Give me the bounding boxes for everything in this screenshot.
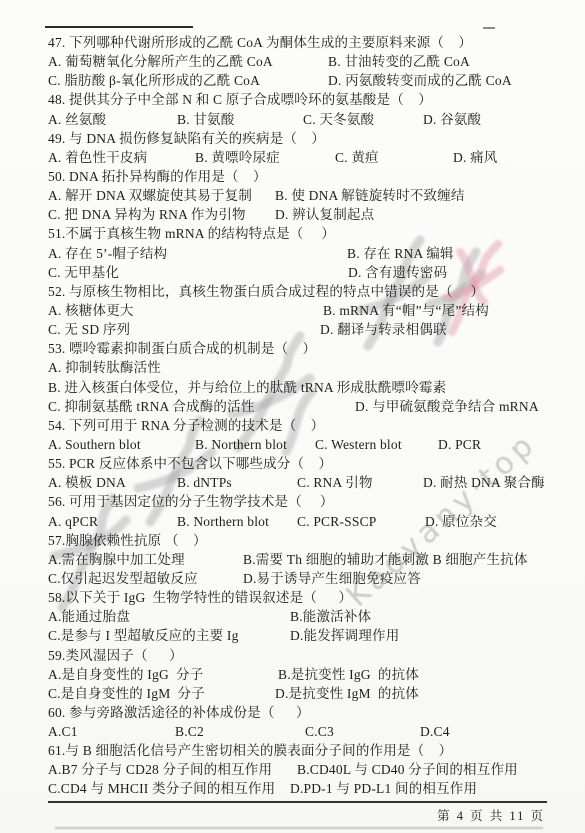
q58-option-b: B.能激活补体 <box>290 607 371 626</box>
q56-line: A. qPCRB. Northern blotC. PCR-SSCPD. 原位杂… <box>48 512 560 531</box>
q52-line: 52. 与原核生物相比，真核生物蛋白质合成过程的特点中错误的是（ ） <box>48 282 560 301</box>
q49-line: A. 着色性干皮病B. 黄嘌呤尿症C. 黄疸D. 痛风 <box>48 148 560 167</box>
q56-option-d: D. 原位杂交 <box>425 512 497 531</box>
q58-line: 58.以下关于 IgG 生物学特性的错误叙述是（ ） <box>48 588 560 607</box>
q53-option-b: B. 进入核蛋白体受位，并与给位上的肽酰 tRNA 形成肽酰嘌呤霉素 <box>48 378 446 397</box>
q57-option-c: C.仅引起迟发型超敏反应 <box>48 569 198 588</box>
q56-option-b: B. Northern blot <box>177 512 269 531</box>
page-bottom-scan-shadow <box>55 827 543 829</box>
q61-line: 61.与 B 细胞活化信号产生密切相关的膜表面分子间的作用是（ ） <box>48 741 560 760</box>
q55-option-a: A. 模板 DNA <box>48 473 126 492</box>
q49-stem: 49. 与 DNA 损伤修复缺陷有关的疾病是（ ） <box>48 129 325 148</box>
q49-option-b: B. 黄嘌呤尿症 <box>195 148 280 167</box>
q53-line: A. 抑制转肽酶活性 <box>48 358 560 377</box>
question-list: 47. 下列哪种代谢所形成的乙酰 CoA 为酮体生成的主要原料来源（ ）A. 葡… <box>48 33 560 799</box>
q58-option-a: A.能通过胎盘 <box>48 607 130 626</box>
q59-option-c: C.是自身变性的 IgM 分子 <box>48 684 205 703</box>
q60-option-a: A.C1 <box>48 722 78 741</box>
q51-option-d: D. 含有遗传密码 <box>348 263 447 282</box>
q54-option-a: A. Southern blot <box>48 435 141 454</box>
q52-stem: 52. 与原核生物相比，真核生物蛋白质合成过程的特点中错误的是（ ） <box>48 282 484 301</box>
q50-line: A. 解开 DNA 双螺旋使其易于复制B. 使 DNA 解链旋转时不致缠结 <box>48 186 560 205</box>
q61-option-a: A.B7 分子与 CD28 分子间的相互作用 <box>48 760 272 779</box>
q47-option-d: D. 丙氨酸转变而成的乙酰 CoA <box>328 71 512 90</box>
q50-option-d: D. 辨认复制起点 <box>275 205 374 224</box>
q51-line: A. 存在 5’-帽子结构B. 存在 RNA 编辑 <box>48 244 560 263</box>
q50-line: C. 把 DNA 异构为 RNA 作为引物D. 辨认复制起点 <box>48 205 560 224</box>
q48-option-c: C. 天冬氨酸 <box>303 110 374 129</box>
q47-option-a: A. 葡萄糖氧化分解所产生的乙酰 CoA <box>48 52 273 71</box>
q50-option-b: B. 使 DNA 解链旋转时不致缠结 <box>275 186 465 205</box>
q60-line: A.C1B.C2C.C3D.C4 <box>48 722 560 741</box>
q58-line: A.能通过胎盘B.能激活补体 <box>48 607 560 626</box>
q54-line: 54. 下列可用于 RNA 分子检测的技术是（ ） <box>48 416 560 435</box>
q54-stem: 54. 下列可用于 RNA 分子检测的技术是（ ） <box>48 416 324 435</box>
q60-stem: 60. 参与旁路激活途径的补体成份是（ ） <box>48 703 310 722</box>
q52-option-b: B. mRNA 有“帽”与“尾”结构 <box>323 301 489 320</box>
q47-option-c: C. 脂肪酸 β-氧化所形成的乙酰 CoA <box>48 71 260 90</box>
q53-line: 53. 嘌呤霉素抑制蛋白质合成的机制是（ ） <box>48 339 560 358</box>
footer-rule <box>48 801 547 803</box>
q48-option-b: B. 甘氨酸 <box>177 110 234 129</box>
q59-option-d: D.是抗变性 IgM 的抗体 <box>275 684 419 703</box>
q53-line: C. 抑制氨基酰 tRNA 合成酶的活性D. 与甲硫氨酸竞争结合 mRNA <box>48 397 560 416</box>
q51-line: C. 无甲基化D. 含有遗传密码 <box>48 263 560 282</box>
q50-option-a: A. 解开 DNA 双螺旋使其易于复制 <box>48 186 252 205</box>
q59-line: A.是自身变性的 IgG 分子B.是抗变性 IgG 的抗体 <box>48 665 560 684</box>
q61-option-c: C.CD4 与 MHCII 类分子间的相互作用 <box>48 779 275 798</box>
q47-option-b: B. 甘油转变的乙酰 CoA <box>328 52 470 71</box>
q58-line: C.是参与 I 型超敏反应的主要 IgD.能发挥调理作用 <box>48 626 560 645</box>
q61-option-d: D.PD-1 与 PD-L1 间的相互作用 <box>290 779 477 798</box>
q56-stem: 56. 可用于基因定位的分子生物学技术是（ ） <box>48 492 334 511</box>
q58-stem: 58.以下关于 IgG 生物学特性的错误叙述是（ ） <box>48 588 352 607</box>
q55-option-b: B. dNTPs <box>177 473 232 492</box>
q49-option-c: C. 黄疸 <box>335 148 379 167</box>
q47-line: C. 脂肪酸 β-氧化所形成的乙酰 CoAD. 丙氨酸转变而成的乙酰 CoA <box>48 71 560 90</box>
q52-option-d: D. 翻译与转录相偶联 <box>320 320 447 339</box>
q59-stem: 59.类风湿因子（ ） <box>48 646 183 665</box>
q50-option-c: C. 把 DNA 异构为 RNA 作为引物 <box>48 205 246 224</box>
q47-line: 47. 下列哪种代谢所形成的乙酰 CoA 为酮体生成的主要原料来源（ ） <box>48 33 560 52</box>
q47-line: A. 葡萄糖氧化分解所产生的乙酰 CoAB. 甘油转变的乙酰 CoA <box>48 52 560 71</box>
q52-option-c: C. 无 SD 序列 <box>48 320 130 339</box>
q55-line: 55. PCR 反应体系中不包含以下哪些成分（ ） <box>48 454 560 473</box>
q61-line: A.B7 分子与 CD28 分子间的相互作用B.CD40L 与 CD40 分子间… <box>48 760 560 779</box>
q50-line: 50. DNA 拓扑异构酶的作用是（ ） <box>48 167 560 186</box>
q61-option-b: B.CD40L 与 CD40 分子间的相互作用 <box>297 760 518 779</box>
q59-line: C.是自身变性的 IgM 分子D.是抗变性 IgM 的抗体 <box>48 684 560 703</box>
top-rule-fragment <box>45 26 193 28</box>
q53-option-d: D. 与甲硫氨酸竞争结合 mRNA <box>355 397 539 416</box>
q55-option-d: D. 耐热 DNA 聚合酶 <box>423 473 545 492</box>
top-rule-dash <box>483 27 495 29</box>
q51-option-b: B. 存在 RNA 编辑 <box>347 244 454 263</box>
q48-option-a: A. 丝氨酸 <box>48 110 106 129</box>
q51-option-a: A. 存在 5’-帽子结构 <box>48 244 167 263</box>
q60-option-b: B.C2 <box>175 722 204 741</box>
q60-line: 60. 参与旁路激活途径的补体成份是（ ） <box>48 703 560 722</box>
q60-option-c: C.C3 <box>305 722 334 741</box>
q59-option-a: A.是自身变性的 IgG 分子 <box>48 665 203 684</box>
q51-line: 51.不属于真核生物 mRNA 的结构特点是（ ） <box>48 224 560 243</box>
q50-stem: 50. DNA 拓扑异构酶的作用是（ ） <box>48 167 267 186</box>
q53-stem: 53. 嘌呤霉素抑制蛋白质合成的机制是（ ） <box>48 339 316 358</box>
q59-line: 59.类风湿因子（ ） <box>48 646 560 665</box>
q47-stem: 47. 下列哪种代谢所形成的乙酰 CoA 为酮体生成的主要原料来源（ ） <box>48 33 472 52</box>
q55-option-c: C. RNA 引物 <box>297 473 373 492</box>
q61-line: C.CD4 与 MHCII 类分子间的相互作用D.PD-1 与 PD-L1 间的… <box>48 779 560 798</box>
page-number: 第 4 页 共 11 页 <box>437 806 545 824</box>
q55-stem: 55. PCR 反应体系中不包含以下哪些成分（ ） <box>48 454 332 473</box>
q61-stem: 61.与 B 细胞活化信号产生密切相关的膜表面分子间的作用是（ ） <box>48 741 452 760</box>
q58-option-d: D.能发挥调理作用 <box>290 626 399 645</box>
q56-option-c: C. PCR-SSCP <box>297 512 377 531</box>
q57-option-b: B.需要 Th 细胞的辅助才能刺激 B 细胞产生抗体 <box>243 550 528 569</box>
q60-option-d: D.C4 <box>420 722 450 741</box>
q59-option-b: B.是抗变性 IgG 的抗体 <box>278 665 419 684</box>
q57-stem: 57.胸腺依赖性抗原 （ ） <box>48 531 207 550</box>
q55-line: A. 模板 DNAB. dNTPsC. RNA 引物D. 耐热 DNA 聚合酶 <box>48 473 560 492</box>
q58-option-c: C.是参与 I 型超敏反应的主要 Ig <box>48 626 239 645</box>
q49-option-d: D. 痛风 <box>453 148 498 167</box>
q56-option-a: A. qPCR <box>48 512 98 531</box>
q53-option-a: A. 抑制转肽酶活性 <box>48 358 161 377</box>
q48-line: 48. 提供其分子中全部 N 和 C 原子合成嘌呤环的氨基酸是（ ） <box>48 90 560 109</box>
q57-line: C.仅引起迟发型超敏反应D.易于诱导产生细胞免疫应答 <box>48 569 560 588</box>
q48-stem: 48. 提供其分子中全部 N 和 C 原子合成嘌呤环的氨基酸是（ ） <box>48 90 432 109</box>
q49-option-a: A. 着色性干皮病 <box>48 148 147 167</box>
q56-line: 56. 可用于基因定位的分子生物学技术是（ ） <box>48 492 560 511</box>
q52-option-a: A. 核糖体更大 <box>48 301 134 320</box>
q51-option-c: C. 无甲基化 <box>48 263 119 282</box>
q48-line: A. 丝氨酸B. 甘氨酸C. 天冬氨酸D. 谷氨酸 <box>48 110 560 129</box>
q53-option-c: C. 抑制氨基酰 tRNA 合成酶的活性 <box>48 397 255 416</box>
q57-option-a: A.需在胸腺中加工处理 <box>48 550 185 569</box>
q51-stem: 51.不属于真核生物 mRNA 的结构特点是（ ） <box>48 224 335 243</box>
q54-line: A. Southern blotB. Northern blotC. Weste… <box>48 435 560 454</box>
q57-option-d: D.易于诱导产生细胞免疫应答 <box>243 569 421 588</box>
scanned-exam-page: Kaoyany·top 47. 下列哪种代谢所形成的乙酰 CoA 为酮体生成的主… <box>0 0 585 833</box>
q54-option-d: D. PCR <box>438 435 481 454</box>
q52-line: C. 无 SD 序列D. 翻译与转录相偶联 <box>48 320 560 339</box>
q53-line: B. 进入核蛋白体受位，并与给位上的肽酰 tRNA 形成肽酰嘌呤霉素 <box>48 378 560 397</box>
q57-line: A.需在胸腺中加工处理B.需要 Th 细胞的辅助才能刺激 B 细胞产生抗体 <box>48 550 560 569</box>
q57-line: 57.胸腺依赖性抗原 （ ） <box>48 531 560 550</box>
q48-option-d: D. 谷氨酸 <box>423 110 481 129</box>
q54-option-b: B. Northern blot <box>195 435 287 454</box>
q49-line: 49. 与 DNA 损伤修复缺陷有关的疾病是（ ） <box>48 129 560 148</box>
q52-line: A. 核糖体更大B. mRNA 有“帽”与“尾”结构 <box>48 301 560 320</box>
q54-option-c: C. Western blot <box>315 435 402 454</box>
